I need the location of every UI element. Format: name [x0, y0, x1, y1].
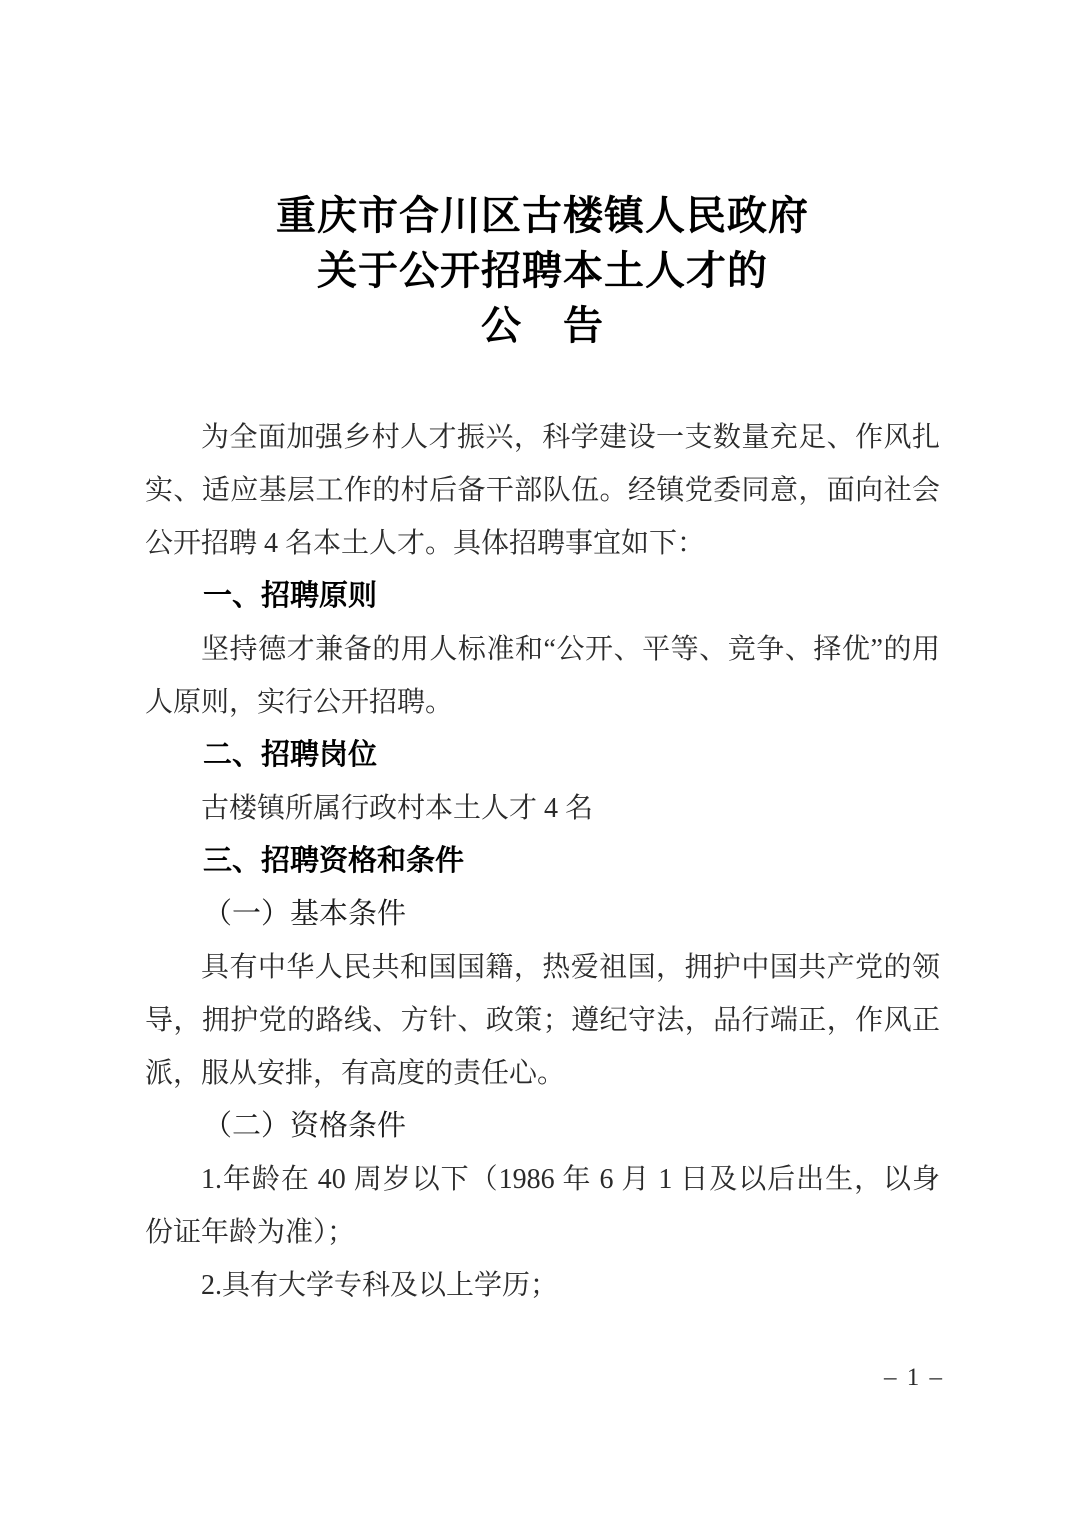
section-2-paragraph: 古楼镇所属行政村本土人才 4 名: [145, 782, 940, 835]
subsection-1-heading: （一）基本条件: [145, 888, 940, 941]
section-1-paragraph: 坚持德才兼备的用人标准和“公开、平等、竞争、择优”的用人原则，实行公开招聘。: [145, 623, 940, 729]
page-content: 重庆市合川区古楼镇人民政府 关于公开招聘本土人才的 公 告 为全面加强乡村人才振…: [0, 0, 1074, 1312]
subsection-1-paragraph: 具有中华人民共和国国籍，热爱祖国，拥护中国共产党的领导，拥护党的路线、方针、政策…: [145, 941, 940, 1100]
section-1-heading: 一、招聘原则: [145, 570, 940, 623]
qualification-item-2: 2.具有大学专科及以上学历；: [145, 1259, 940, 1312]
title-line-2: 关于公开招聘本土人才的: [145, 243, 940, 298]
document-page: 重庆市合川区古楼镇人民政府 关于公开招聘本土人才的 公 告 为全面加强乡村人才振…: [0, 0, 1074, 1520]
title-line-3: 公 告: [145, 298, 940, 353]
section-2-heading: 二、招聘岗位: [145, 729, 940, 782]
document-body: 为全面加强乡村人才振兴，科学建设一支数量充足、作风扎实、适应基层工作的村后备干部…: [145, 411, 940, 1312]
qualification-item-1: 1.年龄在 40 周岁以下（1986 年 6 月 1 日及以后出生，以身份证年龄…: [145, 1153, 940, 1259]
section-3-heading: 三、招聘资格和条件: [145, 835, 940, 888]
intro-paragraph: 为全面加强乡村人才振兴，科学建设一支数量充足、作风扎实、适应基层工作的村后备干部…: [145, 411, 940, 570]
document-title: 重庆市合川区古楼镇人民政府 关于公开招聘本土人才的 公 告: [145, 188, 940, 353]
subsection-2-heading: （二）资格条件: [145, 1100, 940, 1153]
title-line-1: 重庆市合川区古楼镇人民政府: [145, 188, 940, 243]
page-number: – 1 –: [884, 1363, 944, 1393]
